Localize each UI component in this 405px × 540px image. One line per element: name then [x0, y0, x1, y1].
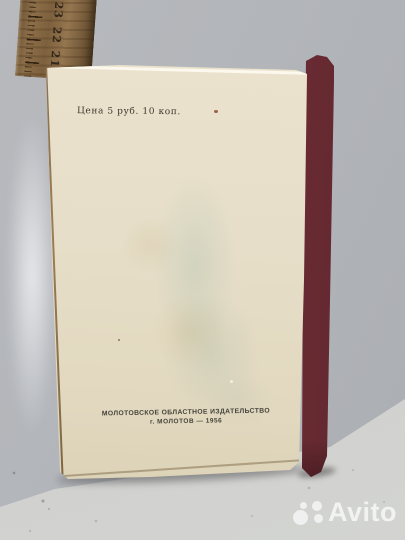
avito-dot-large — [293, 510, 308, 525]
price-label: Цена 5 руб. 10 коп. — [77, 106, 237, 118]
avito-dot-small — [300, 502, 307, 509]
ruler-number-21: 21 — [47, 50, 62, 67]
avito-logo-icon — [292, 494, 326, 534]
publisher-city-year: г. МОЛОТОВ — 1956 — [98, 416, 274, 426]
avito-wordmark: Avito — [328, 497, 397, 528]
publisher-imprint: МОЛОТОВСКОЕ ОБЛАСТНОЕ ИЗДАТЕЛЬСТВО г. МО… — [98, 407, 274, 426]
avito-watermark: Avito — [292, 494, 404, 540]
avito-dot-medium-bottom — [314, 514, 323, 523]
avito-dot-medium-top — [312, 501, 322, 511]
ruler-number-22: 22 — [49, 26, 64, 43]
cover-white-speck — [230, 380, 233, 383]
cover-dark-speck — [118, 339, 120, 341]
ruler-number-23: 23 — [50, 1, 65, 18]
photo-scene: 23 22 21 Цена 5 руб. 10 коп. МОЛОТОВСКОЕ… — [0, 0, 405, 540]
